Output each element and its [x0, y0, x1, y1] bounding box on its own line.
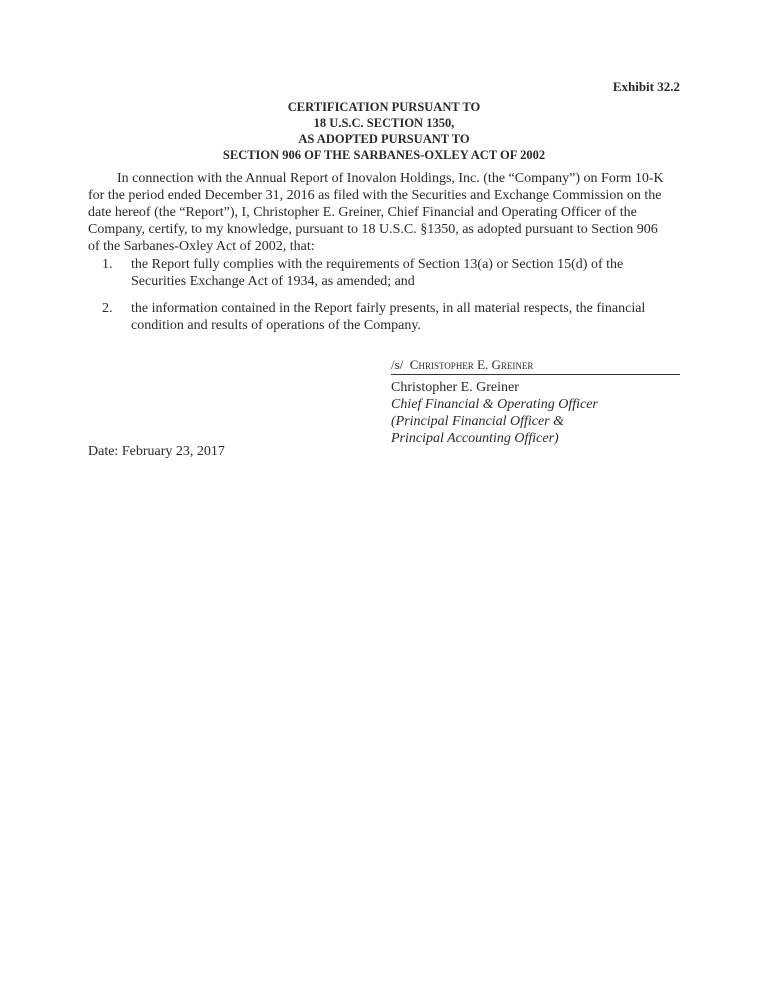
title-line: AS ADOPTED PURSUANT TO — [88, 131, 680, 147]
signer-title-line: (Principal Financial Officer & — [391, 413, 680, 430]
list-item: 1. the Report fully complies with the re… — [88, 256, 680, 290]
list-item-number: 1. — [102, 256, 113, 273]
title-line: CERTIFICATION PURSUANT TO — [88, 99, 680, 115]
signer-title-line: Principal Accounting Officer) — [391, 430, 680, 447]
signature-line: /s/ Christopher E. Greiner — [391, 356, 680, 375]
intro-line: for the period ended December 31, 2016 a… — [88, 187, 680, 204]
intro-line: Company, certify, to my knowledge, pursu… — [88, 221, 680, 238]
intro-line: of the Sarbanes-Oxley Act of 2002, that: — [88, 238, 680, 255]
signer-title-line: Chief Financial & Operating Officer — [391, 396, 680, 413]
signed-name: Christopher E. Greiner — [410, 357, 534, 372]
list-item: 2. the information contained in the Repo… — [88, 300, 680, 334]
list-item-line: condition and results of operations of t… — [131, 317, 680, 334]
exhibit-label: Exhibit 32.2 — [613, 79, 680, 95]
list-item-line: the information contained in the Report … — [131, 300, 680, 317]
title-line: 18 U.S.C. SECTION 1350, — [88, 115, 680, 131]
intro-paragraph: In connection with the Annual Report of … — [88, 170, 680, 255]
intro-line: In connection with the Annual Report of … — [88, 170, 680, 187]
title-line: SECTION 906 OF THE SARBANES-OXLEY ACT OF… — [88, 147, 680, 163]
intro-line: date hereof (the “Report”), I, Christoph… — [88, 204, 680, 221]
signature-prefix: /s/ — [391, 357, 403, 372]
date-line: Date: February 23, 2017 — [88, 444, 225, 460]
certification-list: 1. the Report fully complies with the re… — [88, 256, 680, 344]
list-item-number: 2. — [102, 300, 113, 317]
printed-name: Christopher E. Greiner — [391, 379, 680, 396]
certification-title: CERTIFICATION PURSUANT TO 18 U.S.C. SECT… — [88, 99, 680, 163]
list-item-line: the Report fully complies with the requi… — [131, 256, 680, 273]
signature-block: /s/ Christopher E. Greiner Christopher E… — [391, 356, 680, 447]
list-item-line: Securities Exchange Act of 1934, as amen… — [131, 273, 680, 290]
